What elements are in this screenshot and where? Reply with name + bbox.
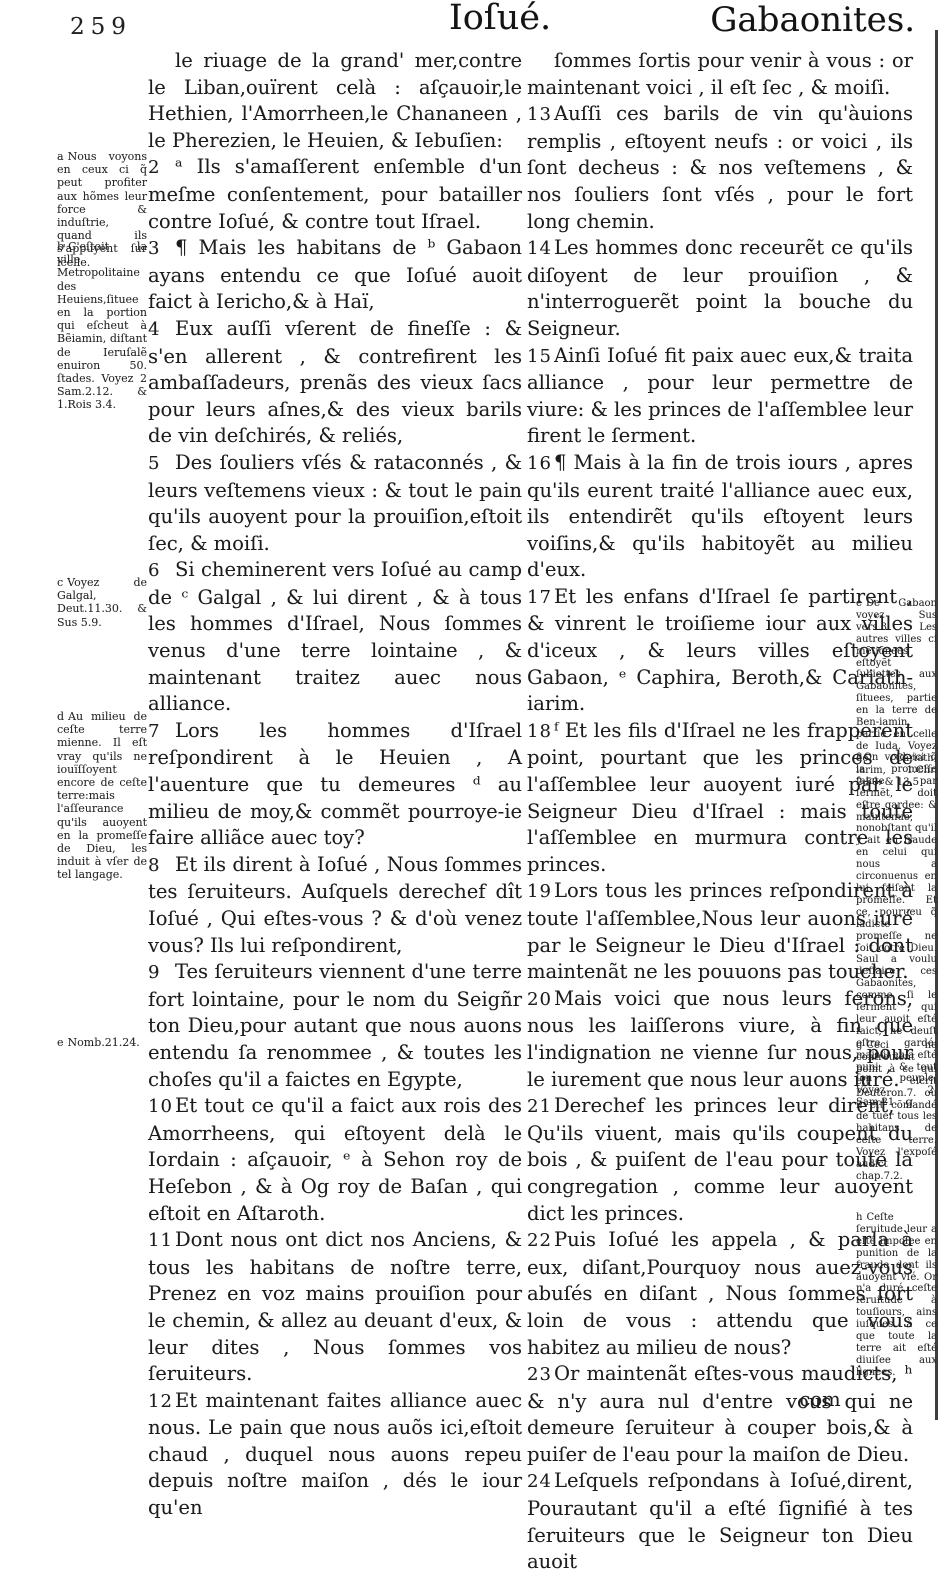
catchword: com	[780, 1388, 860, 1411]
margin-note-text: Ceſte ſeruitude leur a eſté impoſee en p…	[856, 1212, 937, 1378]
verse-9: 9Tes ſeruiteurs viennent d'une terre for…	[148, 959, 522, 1093]
verse-text: Tes ſeruiteurs viennent d'une terre fort…	[148, 960, 522, 1090]
verse-number: 15	[527, 344, 554, 371]
page-number: 259	[70, 14, 132, 40]
verse-1-continuation: le riuage de la grand' mer,contre le Lib…	[148, 48, 522, 154]
verse-3: 3¶ Mais les habitans de ᵇ Gabaon ayans e…	[148, 235, 522, 316]
margin-note-label: a	[57, 150, 64, 163]
verse-12: 12Et maintenant faites alliance auec nou…	[148, 1388, 522, 1522]
verse-text: Des ſouliers vſés & rataconnés , & leurs…	[148, 451, 522, 555]
verse-text: ſommes ſortis pour venir à vous : or mai…	[527, 49, 913, 99]
verse-number: 11	[148, 1228, 175, 1255]
verse-number: 22	[527, 1228, 554, 1255]
verse-number: 9	[148, 960, 175, 987]
margin-note-label: e	[856, 598, 862, 609]
verse-text: Leſquels reſpondans à Ioſué,dirent, Pour…	[527, 1469, 913, 1573]
verse-number: 8	[148, 853, 175, 880]
verse-14: 14Les hommes donc receurẽt ce qu'ils diſ…	[527, 235, 913, 342]
verse-15: 15Ainſi Ioſué fit paix auec eux,& traita…	[527, 343, 913, 450]
margin-note-b: bC'eſtoit la ville Metropolitaine des He…	[57, 240, 147, 412]
verse-text: ¶ Mais les habitans de ᵇ Gabaon ayans en…	[148, 236, 522, 313]
verse-number: 18	[527, 719, 554, 746]
verse-text: Et tout ce qu'il a faict aux rois des Am…	[148, 1094, 522, 1224]
verse-number: 24	[527, 1469, 554, 1496]
margin-note-h: hCeſte ſeruitude leur a eſté impoſee en …	[856, 1212, 937, 1379]
verse-number: 21	[527, 1094, 554, 1121]
verse-number: 7	[148, 719, 175, 746]
margin-note-label: b	[57, 240, 64, 253]
running-head-section: Gabaonites.	[710, 0, 915, 40]
verse-number: 5	[148, 451, 175, 478]
margin-note-label: d	[57, 710, 64, 723]
book-page: 259 Ioſué. Gabaonites. le riuage de la g…	[0, 0, 941, 1593]
verse-number: 16	[527, 451, 554, 478]
verse-4: 4Eux auſſi vſerent de fineſſe : & s'en a…	[148, 316, 522, 450]
verse-number: 23	[527, 1362, 554, 1389]
verse-number: 2	[148, 155, 175, 182]
verse-text: le riuage de la grand' mer,contre le Lib…	[148, 49, 522, 152]
verse-text: ᵃ Ils s'amaſſerent enſemble d'un meſme c…	[148, 155, 522, 232]
verse-number: 4	[148, 317, 175, 344]
verse-number: 3	[148, 236, 175, 263]
verse-24: 24Leſquels reſpondans à Ioſué,dirent, Po…	[527, 1468, 913, 1575]
verse-5: 5Des ſouliers vſés & rataconnés , & leur…	[148, 450, 522, 557]
margin-note-text: C'eſtoit la ville Metropolitaine des Heu…	[57, 240, 147, 411]
verse-text: ¶ Mais à la fin de trois iours , apres q…	[527, 451, 913, 581]
margin-note-label: h	[856, 1212, 862, 1223]
verse-number: 10	[148, 1094, 175, 1121]
margin-note-text: Au milieu de ceſte terre mienne. Il eſt …	[57, 710, 147, 881]
verse-number: 6	[148, 558, 175, 585]
verse-text: Lors les hommes d'Iſrael reſpondirent à …	[148, 719, 522, 849]
text-column-left: le riuage de la grand' mer,contre le Lib…	[148, 48, 522, 1522]
margin-note-d: dAu milieu de ceſte terre mienne. Il eſt…	[57, 710, 147, 882]
running-head-book-title: Ioſué.	[330, 0, 670, 38]
verse-text: Les hommes donc receurẽt ce qu'ils diſoy…	[527, 236, 913, 340]
verse-number: 20	[527, 987, 554, 1014]
verse-11: 11Dont nous ont dict nos Anciens, & tous…	[148, 1227, 522, 1388]
verse-text: Auſſi ces barils de vin qu'àuions rempli…	[527, 102, 913, 232]
verse-number: 19	[527, 879, 554, 906]
margin-note-text: Ceci ne contreuient point à ce qui eſt e…	[856, 1040, 937, 1182]
verse-text: Dont nous ont dict nos Anciens, & tous l…	[148, 1228, 522, 1385]
verse-text: Et ils dirent à Ioſué , Nous ſommes tes …	[148, 853, 522, 957]
verse-7: 7Lors les hommes d'Iſrael reſpondirent à…	[148, 718, 522, 852]
verse-8: 8Et ils dirent à Ioſué , Nous ſommes tes…	[148, 852, 522, 959]
verse-12-continuation: ſommes ſortis pour venir à vous : or mai…	[527, 48, 913, 101]
verse-2: 2ᵃ Ils s'amaſſerent enſemble d'un meſme …	[148, 154, 522, 235]
verse-text: Ainſi Ioſué fit paix auec eux,& traita a…	[527, 344, 913, 448]
verse-number: 12	[148, 1389, 175, 1416]
verse-16: 16¶ Mais à la fin de trois iours , apres…	[527, 450, 913, 584]
verse-text: Si cheminerent vers Ioſué au camp de ᶜ G…	[148, 558, 522, 715]
margin-note-label: c	[57, 576, 63, 589]
verse-number: 17	[527, 585, 554, 612]
margin-note-g: gCeci ne contreuient point à ce qui eſt …	[856, 1040, 937, 1183]
margin-note-e-left: eNomb.21.24.	[57, 1036, 147, 1049]
verse-10: 10Et tout ce qu'il a faict aux rois des …	[148, 1093, 522, 1227]
margin-note-label: e	[57, 1036, 64, 1049]
verse-6: 6Si cheminerent vers Ioſué au camp de ᶜ …	[148, 557, 522, 718]
verse-number: 13	[527, 102, 554, 129]
verse-text: Et maintenant faites alliance auec nous.…	[148, 1389, 522, 1519]
margin-note-c: cVoyez de Galgal, Deut.11.30. & Sus 5.9.	[57, 576, 147, 629]
margin-note-label: g	[856, 1040, 862, 1051]
margin-note-text: Voyez de Galgal, Deut.11.30. & Sus 5.9.	[57, 576, 147, 629]
margin-note-label: f	[856, 752, 860, 763]
verse-text: Eux auſſi vſerent de fineſſe : & s'en al…	[148, 317, 522, 447]
verse-13: 13Auſſi ces barils de vin qu'àuions remp…	[527, 101, 913, 235]
margin-note-text: Nomb.21.24.	[68, 1036, 140, 1049]
verse-number: 14	[527, 236, 554, 263]
